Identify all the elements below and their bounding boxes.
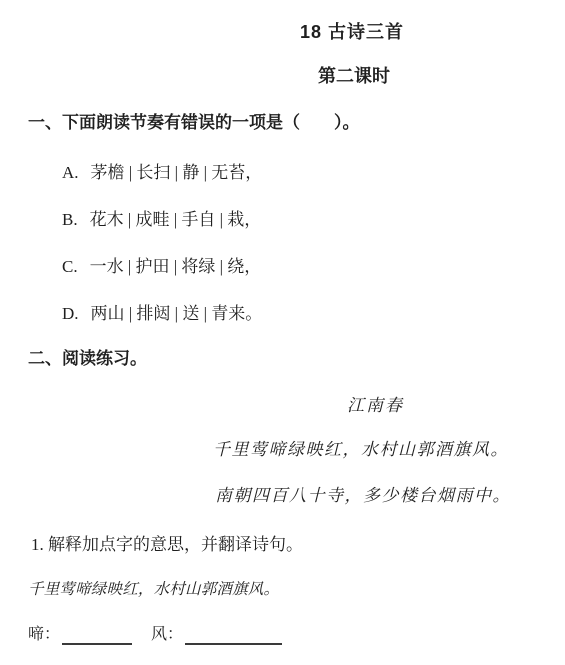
option-d-text: 两山 | 排闼 | 送 | 青来。 bbox=[91, 304, 263, 323]
question-two-heading: 二、阅读练习。 bbox=[28, 348, 147, 369]
page-subtitle: 第二课时 bbox=[318, 65, 390, 88]
worksheet-page: 18 古诗三首 第二课时 一、下面朗读节奏有错误的一项是（ ）。 A.茅檐 | … bbox=[0, 0, 565, 665]
option-c-label: C. bbox=[62, 256, 78, 277]
sub-question-text: 1. 解释加点字的意思，并翻译诗句。 bbox=[31, 534, 303, 555]
fill-in-blanks-row: 啼： 风： bbox=[28, 624, 282, 645]
fill-blank-1 bbox=[62, 624, 132, 645]
blank-label-feng: 风： bbox=[151, 625, 183, 645]
question-one-heading: 一、下面朗读节奏有错误的一项是（ ）。 bbox=[28, 112, 360, 133]
page-title: 18 古诗三首 bbox=[300, 21, 404, 44]
option-d: D.两山 | 排闼 | 送 | 青来。 bbox=[62, 303, 262, 324]
option-d-label: D. bbox=[62, 303, 79, 324]
quoted-verse: 千里莺啼绿映红，水村山郭酒旗风。 bbox=[28, 580, 279, 599]
option-c: C.一水 | 护田 | 将绿 | 绕， bbox=[62, 256, 261, 277]
poem-line-1: 千里莺啼绿映红，水村山郭酒旗风。 bbox=[213, 439, 509, 460]
option-a-label: A. bbox=[62, 162, 79, 183]
option-b-label: B. bbox=[62, 209, 78, 230]
option-a: A.茅檐 | 长扫 | 静 | 无苔， bbox=[62, 162, 262, 183]
poem-title: 江南春 bbox=[347, 395, 404, 416]
option-b-text: 花木 | 成畦 | 手自 | 栽， bbox=[90, 210, 262, 229]
option-a-text: 茅檐 | 长扫 | 静 | 无苔， bbox=[91, 163, 263, 182]
poem-line-2: 南朝四百八十寺，多少楼台烟雨中。 bbox=[215, 485, 511, 506]
option-c-text: 一水 | 护田 | 将绿 | 绕， bbox=[90, 257, 262, 276]
blank-label-ti: 啼： bbox=[28, 625, 60, 645]
fill-blank-2 bbox=[185, 624, 282, 645]
option-b: B.花木 | 成畦 | 手自 | 栽， bbox=[62, 209, 261, 230]
